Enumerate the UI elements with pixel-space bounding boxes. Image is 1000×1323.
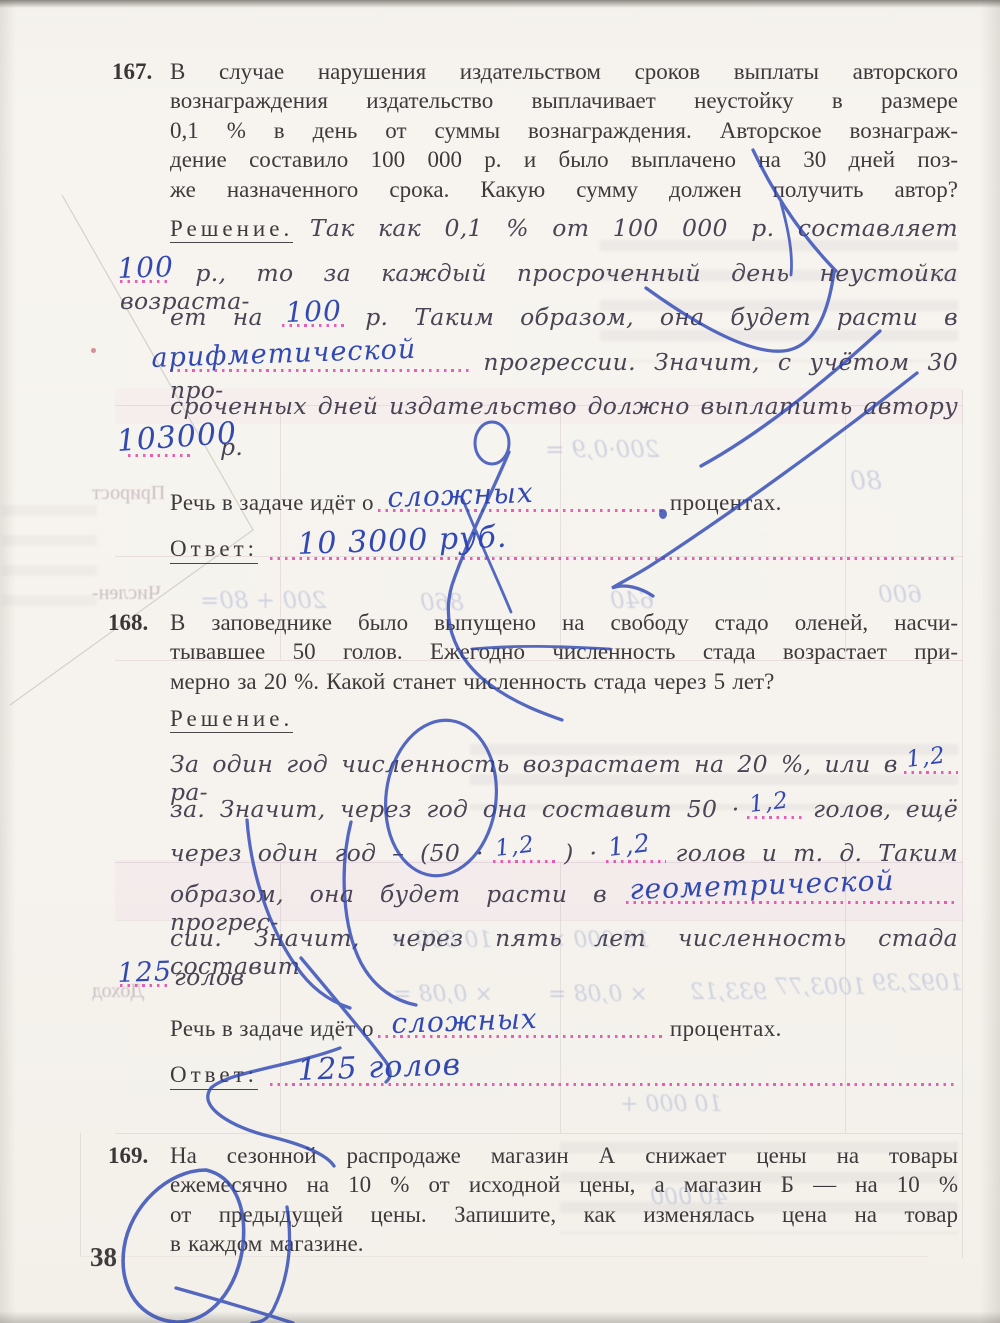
solution-168-heading-row: Решение.	[170, 706, 470, 742]
fill-in-blank: геометрической	[626, 880, 958, 908]
speech-text: процентах.	[670, 490, 782, 515]
handwritten-answer: 10 3000 руб.	[297, 520, 508, 562]
solution-script-text: голов и т. д. Таким	[676, 839, 959, 867]
solution-167-row: сроченных дней издательство должно выпла…	[170, 392, 958, 428]
solution-script-text: голов, ещё	[813, 795, 958, 823]
scan-edge-right	[980, 0, 1000, 1323]
bleed-handwriting: 10 000 +	[620, 1092, 722, 1117]
speech-text: процентах.	[670, 1016, 782, 1041]
handwritten-answer: арифметической	[151, 334, 417, 374]
scan-edge-bottom	[0, 1311, 1000, 1323]
bleed-label: Прирост	[92, 482, 165, 505]
solution-script-text: ) ·	[564, 839, 597, 867]
solution-168-row: образом, она будет расти в геометрическо…	[170, 880, 958, 916]
solution-167-row: 100 р., то за каждый просроченный день н…	[120, 259, 958, 295]
handwritten-answer: сложных	[391, 1002, 538, 1040]
solution-script-text: Так как 0,1 % от 100 000 р. составляет	[310, 214, 958, 242]
fill-in-blank: 100	[120, 259, 172, 287]
problem-167-line: 0,1 % в день от суммы вознаграждения. Ав…	[170, 116, 958, 145]
problem-168-number: 168.	[108, 608, 148, 637]
problem-169-number: 169.	[108, 1141, 148, 1170]
solution-heading: Решение.	[170, 216, 293, 243]
handwritten-answer: 1,2	[607, 828, 653, 862]
bleed-grid-line	[80, 1133, 81, 1256]
bleed-handwriting: 1003,77	[775, 975, 866, 1000]
problem-169-text: На сезонной распродаже магазин А снижает…	[170, 1141, 958, 1259]
solution-script-text: через один год – (50 ·	[170, 839, 484, 867]
solution-167-row: арифметической прогрессии. Значит, с учё…	[170, 348, 958, 384]
problem-169-line: от предыдущей цены. Запишите, как изменя…	[170, 1200, 958, 1229]
problem-169-line: в каждом магазине.	[170, 1229, 958, 1258]
handwritten-answer: сложных	[387, 476, 534, 514]
bleed-grid-line	[962, 390, 963, 1258]
scan-edge-top	[0, 0, 1000, 8]
fill-in-blank: 1,2	[606, 839, 666, 867]
page-number: 38	[90, 1242, 117, 1273]
solution-heading: Решение.	[170, 706, 293, 733]
problem-168-line: В заповеднике было выпущено на свободу с…	[170, 608, 958, 637]
solution-script-text: За один год численность возрастает на 20…	[170, 750, 898, 778]
solution-script-text: за. Значит, через год она составит 50 ·	[170, 795, 740, 823]
speech-row-168: Речь в задаче идёт о сложных процентах.	[170, 1014, 958, 1050]
fill-in-blank: 100	[282, 303, 346, 331]
problem-168-line: тывавшее 50 голов. Ежегодно численность …	[170, 637, 958, 666]
bleed-label: Числен-	[92, 582, 161, 605]
bleed-handwriting: 600	[878, 582, 922, 608]
problem-167-line: вознаграждения издательство выплачивает …	[170, 86, 958, 115]
scan-edge-left	[0, 0, 16, 1323]
solution-167-row: ет на 100 р. Таким образом, она будет ра…	[170, 303, 958, 339]
speech-text: Речь в задаче идёт о	[170, 1016, 374, 1041]
problem-168-line: мерно за 20 %. Какой станет численность …	[170, 667, 958, 696]
handwritten-answer: 1,2	[494, 831, 536, 862]
fill-in-blank: сложных	[378, 488, 666, 516]
solution-script-text: ет на	[170, 303, 263, 331]
solution-script-text: сроченных дней издательство должно выпла…	[170, 392, 958, 420]
scanned-workbook-page: Прирост 200·0,9 = 80 Числен- 200 + 80= 8…	[0, 0, 1000, 1323]
speech-row-167: Речь в задаче идёт о сложных процентах.	[170, 488, 958, 524]
fill-in-blank: 1,2	[904, 750, 958, 778]
fill-in-blank: 125	[120, 963, 170, 991]
bleed-handwriting: 200·0,9 =	[545, 437, 659, 463]
answer-dotted-line: 125 голов	[270, 1060, 958, 1090]
handwritten-answer: 1,2	[905, 742, 947, 773]
fill-in-blank: арифметической	[170, 348, 472, 376]
problem-169-line: ежемесячно на 10 % от исходной цены, а м…	[170, 1170, 958, 1199]
speech-text: Речь в задаче идёт о	[170, 490, 374, 515]
handwritten-answer: 100	[285, 294, 343, 329]
solution-script-text: голов	[174, 963, 244, 991]
solution-script-text: образом, она будет расти в	[170, 880, 607, 908]
handwritten-answer: 125 голов	[297, 1047, 462, 1088]
problem-167-line: же назначенного срока. Какую сумму долже…	[170, 175, 958, 204]
solution-script-text: р. Таким образом, она будет расти в	[365, 303, 958, 331]
problem-167-text: В случае нарушения издательством сроков …	[170, 57, 958, 204]
answer-dotted-line: 10 3000 руб.	[270, 534, 958, 564]
answer-row-167: Ответ: 10 3000 руб.	[170, 528, 958, 564]
bleed-grid-line	[115, 1133, 963, 1134]
problem-167-line: В случае нарушения издательством сроков …	[170, 57, 958, 86]
problem-167-line: дение составило 100 000 р. и было выплач…	[170, 145, 958, 174]
solution-168-row: за. Значит, через год она составит 50 · …	[170, 795, 958, 831]
solution-168-row: За один год численность возрастает на 20…	[170, 750, 958, 786]
bleed-handwriting: × 0,08 =	[548, 982, 648, 1007]
problem-168-text: В заповеднике было выпущено на свободу с…	[170, 608, 958, 696]
bleed-handwriting: 1092,39	[872, 971, 963, 996]
answer-label: Ответ:	[170, 1062, 258, 1090]
solution-167-row: 103000 р.	[120, 433, 520, 469]
bleed-text-blur	[2, 505, 97, 617]
solution-168-row: сии. Значит, через пять лет численность …	[170, 924, 958, 960]
fill-in-blank: 103000	[120, 433, 216, 461]
answer-row-168: Ответ: 125 голов	[170, 1054, 958, 1090]
handwritten-answer: 100	[117, 250, 175, 285]
handwritten-answer: 1,2	[748, 787, 790, 818]
solution-167-row: Решение. Так как 0,1 % от 100 000 р. сос…	[170, 214, 958, 250]
problem-169-line: На сезонной распродаже магазин А снижает…	[170, 1141, 958, 1170]
problem-167-number: 167.	[112, 57, 152, 86]
handwritten-answer: 125	[117, 956, 173, 989]
fill-in-blank: 1,2	[747, 795, 805, 823]
solution-168-row: 125 голов	[120, 963, 520, 999]
fill-in-blank: сложных	[378, 1014, 666, 1042]
bleed-handwriting: 933,12	[690, 980, 767, 1005]
ink-speck	[91, 348, 96, 353]
answer-label: Ответ:	[170, 536, 258, 564]
fill-in-blank: 1,2	[493, 839, 555, 867]
